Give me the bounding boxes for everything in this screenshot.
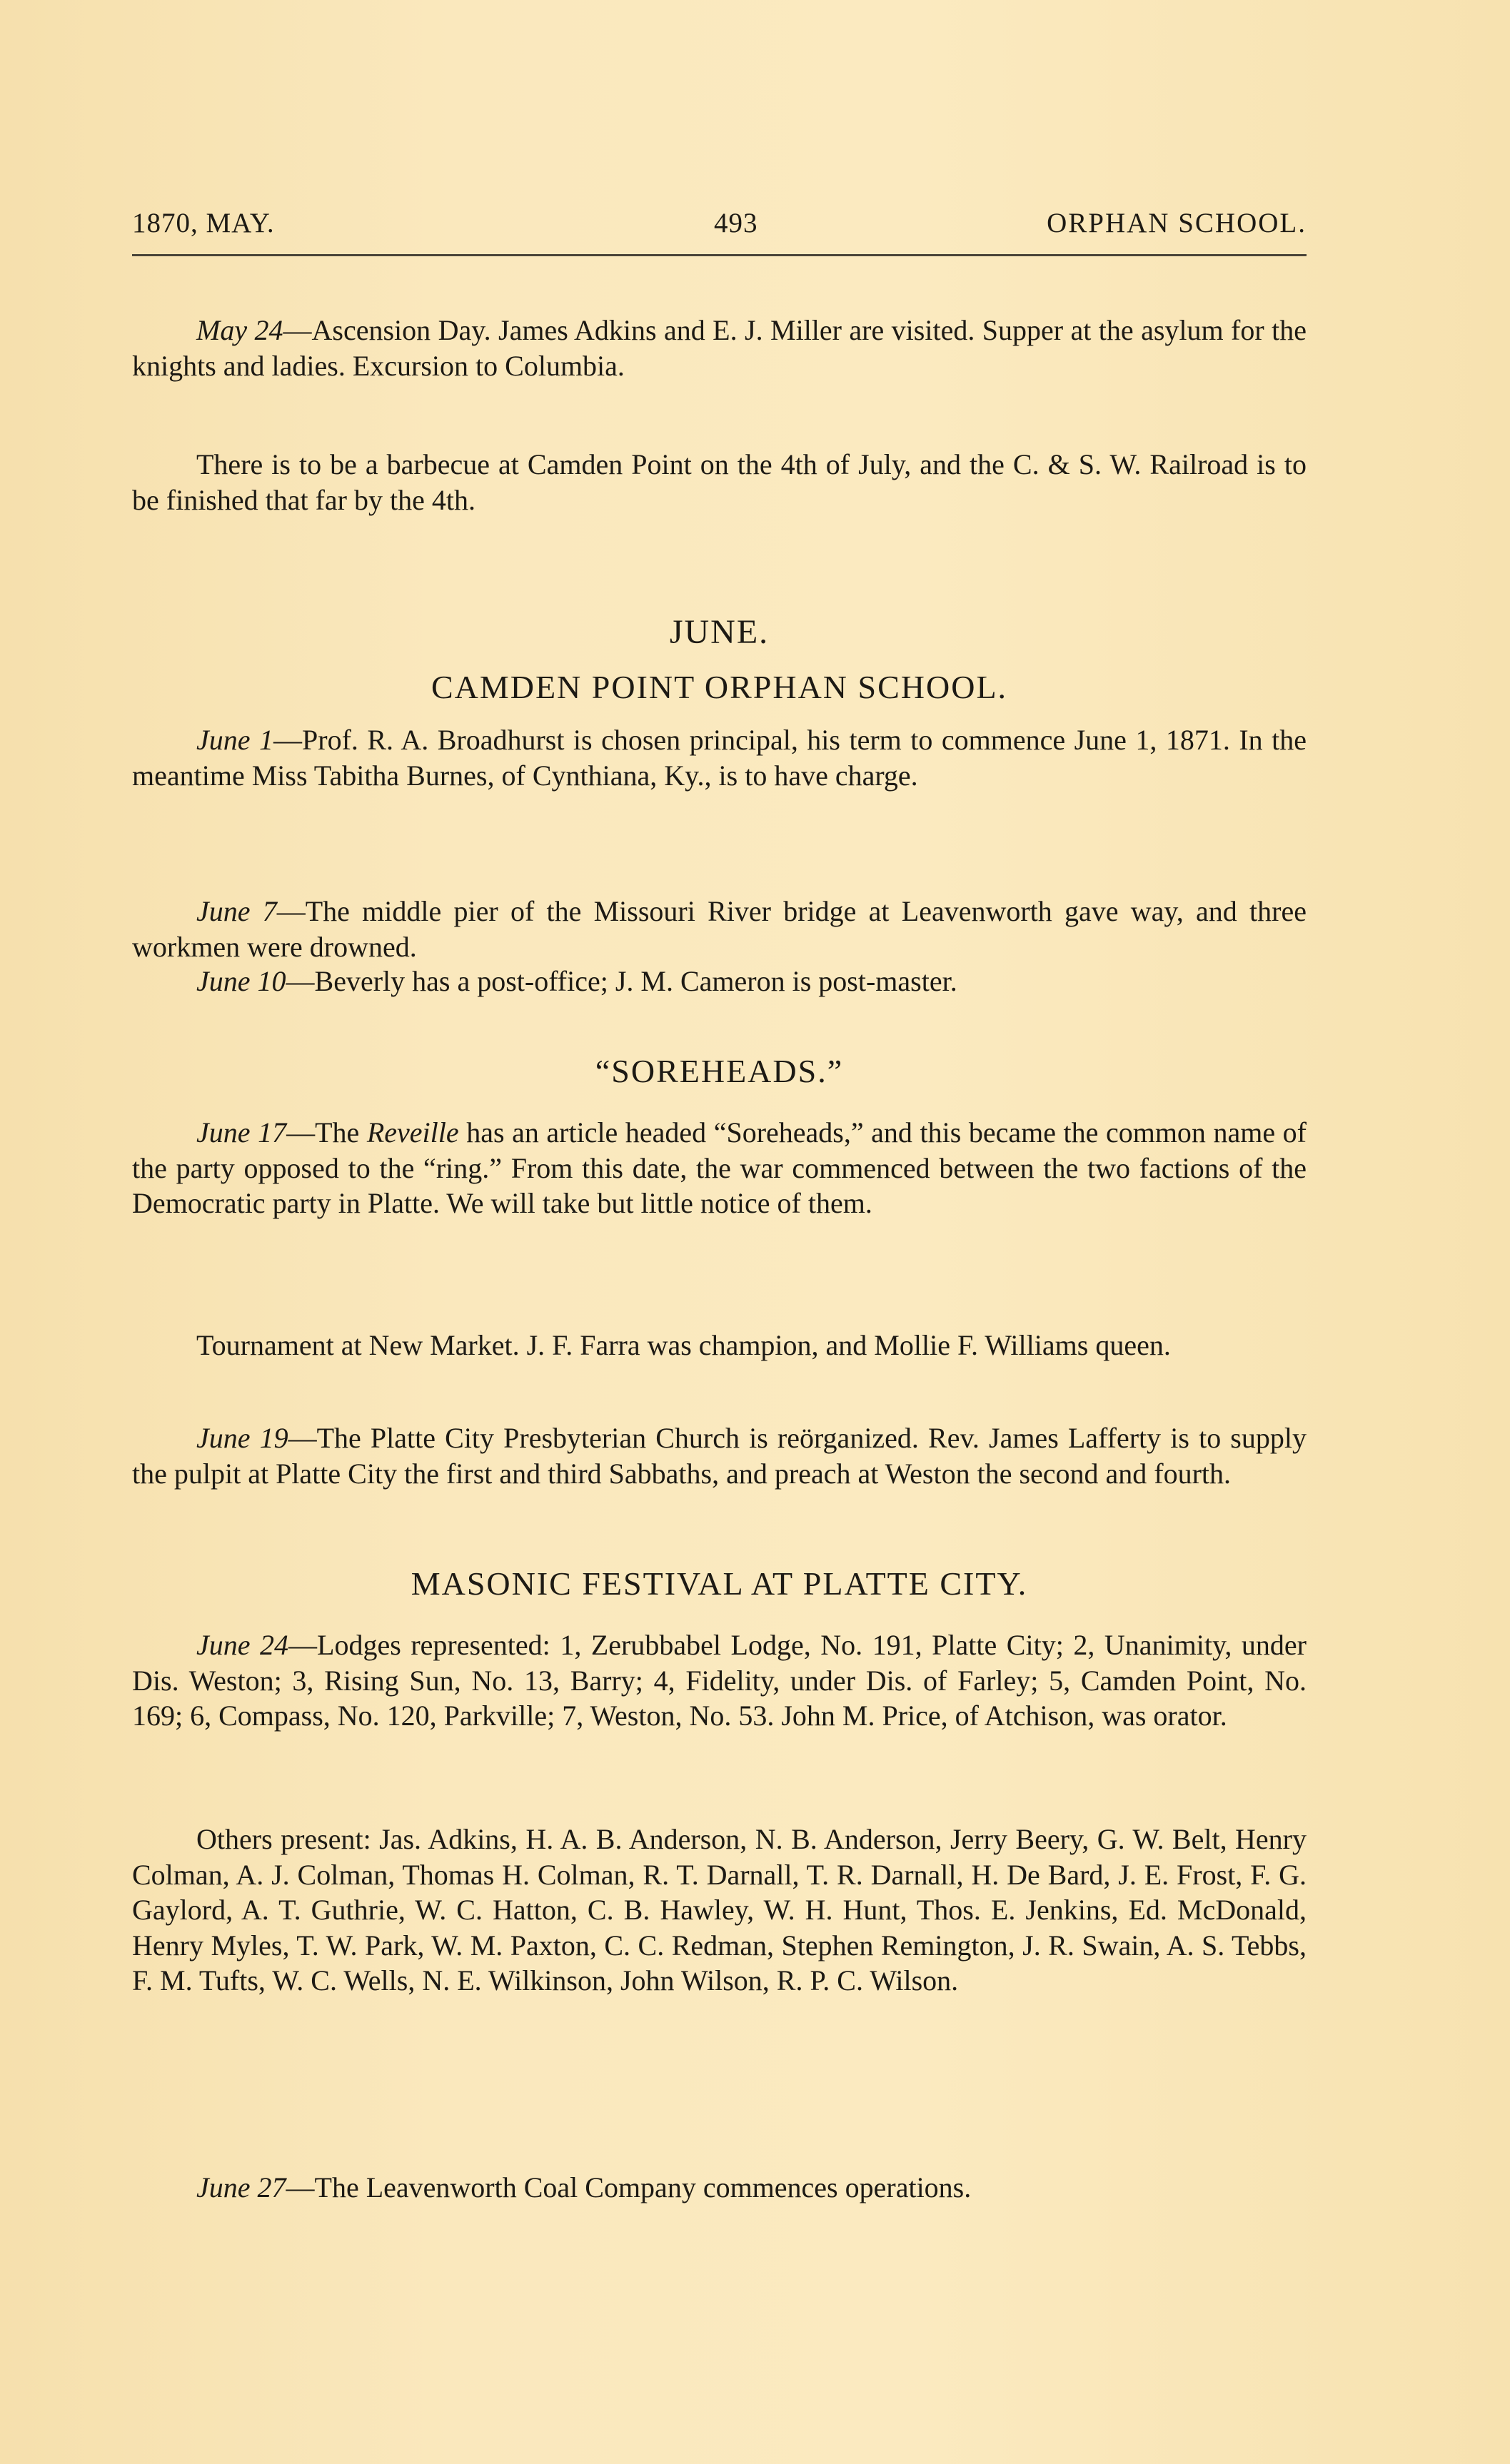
entry-text: —The Leavenworth Coal Company commences … xyxy=(286,2171,972,2203)
header-rule xyxy=(132,254,1307,256)
page-number: 493 xyxy=(714,207,758,239)
entry-text-before: —The xyxy=(286,1116,367,1148)
entry-june-19: June 19—The Platte City Presbyterian Chu… xyxy=(132,1420,1307,1491)
running-head-date: 1870, MAY. xyxy=(132,207,275,239)
entry-june-27: June 27—The Leavenworth Coal Company com… xyxy=(132,2170,1307,2206)
paragraph-text: Others present: Jas. Adkins, H. A. B. An… xyxy=(132,1823,1307,1996)
entry-text: —Lodges represented: 1, Zerubbabel Lodge… xyxy=(132,1629,1307,1732)
paragraph-text: There is to be a barbecue at Camden Poin… xyxy=(132,448,1307,516)
entry-date: June 27 xyxy=(196,2171,286,2203)
running-head: 1870, MAY. 493 ORPHAN SCHOOL. xyxy=(132,207,1307,250)
paragraph-tournament: Tournament at New Market. J. F. Farra wa… xyxy=(132,1328,1307,1363)
entry-text: —Ascension Day. James Adkins and E. J. M… xyxy=(132,314,1307,382)
paragraph-barbecue: There is to be a barbecue at Camden Poin… xyxy=(132,447,1307,517)
entry-date: June 10 xyxy=(196,965,286,997)
entry-june-1: June 1—Prof. R. A. Broadhurst is chosen … xyxy=(132,722,1307,793)
entry-date: June 7 xyxy=(196,895,277,927)
section-heading-soreheads: “SOREHEADS.” xyxy=(132,1052,1307,1090)
entry-text: —Beverly has a post-office; J. M. Camero… xyxy=(286,965,957,997)
entry-date: May 24 xyxy=(196,314,283,346)
section-heading-camden-point-orphan-school: CAMDEN POINT ORPHAN SCHOOL. xyxy=(132,668,1307,706)
entry-text: —The Platte City Presbyterian Church is … xyxy=(132,1422,1307,1490)
entry-text: —The middle pier of the Missouri River b… xyxy=(132,895,1307,963)
newspaper-title: Reveille xyxy=(367,1116,459,1148)
entry-june-17: June 17—The Reveille has an article head… xyxy=(132,1115,1307,1221)
running-head-title: ORPHAN SCHOOL. xyxy=(1047,207,1307,239)
entry-june-24: June 24—Lodges represented: 1, Zerubbabe… xyxy=(132,1627,1307,1734)
section-heading-june: JUNE. xyxy=(132,612,1307,652)
entry-date: June 17 xyxy=(196,1116,286,1148)
paragraph-text: Tournament at New Market. J. F. Farra wa… xyxy=(196,1329,1171,1361)
entry-date: June 19 xyxy=(196,1422,288,1454)
section-heading-masonic-festival: MASONIC FESTIVAL AT PLATTE CITY. xyxy=(132,1565,1307,1602)
paragraph-others-present: Others present: Jas. Adkins, H. A. B. An… xyxy=(132,1822,1307,1999)
entry-june-10: June 10—Beverly has a post-office; J. M.… xyxy=(132,964,1307,999)
entry-may-24: May 24—Ascension Day. James Adkins and E… xyxy=(132,313,1307,383)
entry-date: June 24 xyxy=(196,1629,288,1661)
entry-text: —Prof. R. A. Broadhurst is chosen princi… xyxy=(132,724,1307,792)
entry-date: June 1 xyxy=(196,724,273,756)
entry-june-7: June 7—The middle pier of the Missouri R… xyxy=(132,894,1307,964)
